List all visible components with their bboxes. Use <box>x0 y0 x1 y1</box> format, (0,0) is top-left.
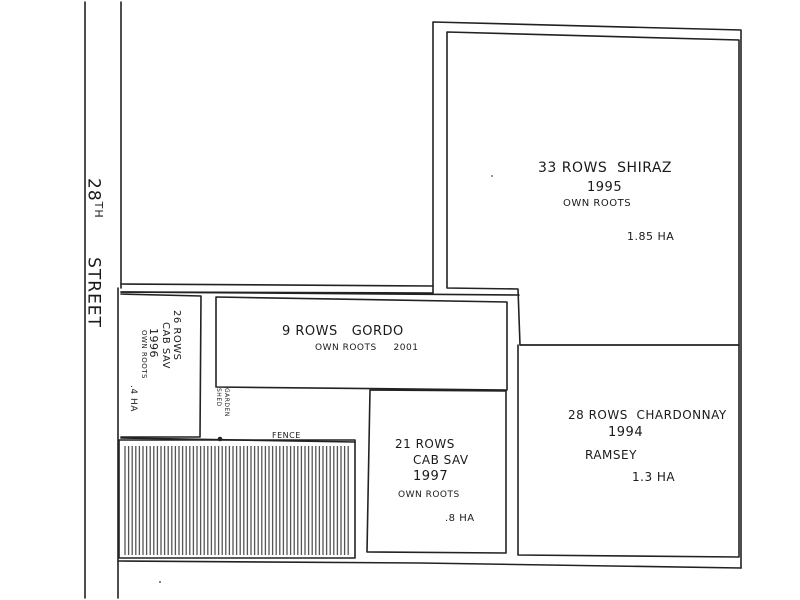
row-hatching <box>125 446 348 555</box>
stray-mark <box>159 581 161 583</box>
gordo-rootstock-year: OWN ROOTS 2001 <box>315 343 418 353</box>
gordo-rows-variety: 9 ROWS GORDO <box>282 324 404 339</box>
shiraz-year: 1995 <box>587 180 622 195</box>
shiraz-variety: SHIRAZ <box>617 160 672 176</box>
chardonnay-area: 1.3 HA <box>632 470 675 484</box>
property-boundary-south <box>118 561 741 568</box>
shiraz-rootstock: OWN ROOTS <box>563 198 631 209</box>
cab-sav-1996-area: .4 HA <box>128 385 138 412</box>
cab-sav-1996-rows: 26 ROWS <box>171 310 182 360</box>
shiraz-rows: 33 ROWS <box>538 160 607 176</box>
chardonnay-variety: CHARDONNAY <box>637 408 727 422</box>
fence-label: FENCE <box>272 431 301 440</box>
chardonnay-rows-variety: 28 ROWS CHARDONNAY <box>568 408 727 422</box>
gordo-year: 2001 <box>394 343 419 353</box>
gordo-rows: 9 ROWS <box>282 324 338 339</box>
street-suffix: TH <box>92 202 105 219</box>
cab-sav-1997-area: .8 HA <box>445 513 475 524</box>
chardonnay-year: 1994 <box>608 425 643 440</box>
cab-sav-1996-rootstock: OWN ROOTS <box>140 330 148 379</box>
chardonnay-rootstock: RAMSEY <box>585 448 637 462</box>
chardonnay-rows: 28 ROWS <box>568 408 628 422</box>
garden-shed-line1: GARDEN <box>223 388 230 417</box>
cab-sav-1997-variety: CAB SAV <box>413 453 469 467</box>
gordo-variety: GORDO <box>352 324 404 339</box>
garden-shed-line2: SHED <box>215 388 222 407</box>
shiraz-area: 1.85 HA <box>627 230 674 243</box>
cab-sav-1997-rows: 21 ROWS <box>395 437 455 451</box>
vineyard-site-plan <box>0 0 800 600</box>
street-number: 28 <box>83 178 103 202</box>
street-label: 28TH STREET <box>83 178 105 328</box>
gordo-rootstock: OWN ROOTS <box>315 343 377 353</box>
cab-sav-1996-variety: CAB SAV <box>160 322 171 369</box>
cab-sav-1997-year: 1997 <box>413 469 448 484</box>
stray-mark <box>491 175 493 177</box>
cab-sav-1997-rootstock: OWN ROOTS <box>398 490 460 500</box>
cab-sav-1996-year: 1996 <box>147 328 160 358</box>
street-word: STREET <box>83 257 103 328</box>
shiraz-rows-variety: 33 ROWS SHIRAZ <box>538 160 672 176</box>
